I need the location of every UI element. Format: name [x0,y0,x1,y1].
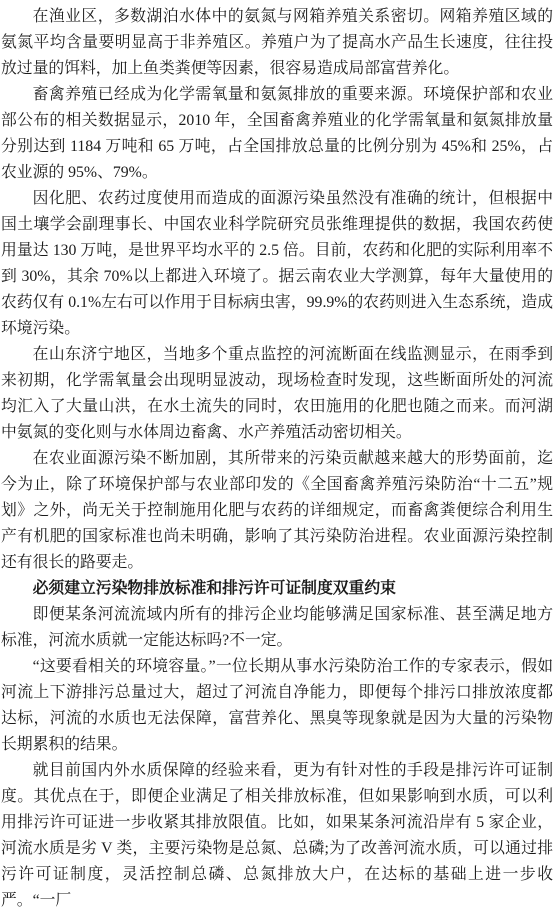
paragraph-jining-monitoring: 在山东济宁地区，当地多个重点监控的河流断面在线监测显示，在雨季到来初期，化学需氧… [1,342,553,446]
paragraph-standards-question: 即便某条河流流域内所有的排污企业均能够满足国家标准、甚至满足地方标准，河流水质就… [1,602,553,654]
paragraph-fertilizer-pesticide: 因化肥、农药过度使用而造成的面源污染虽然没有准确的统计，但根据中国土壤学会副理事… [1,186,553,342]
paragraph-environmental-capacity: “这要看相关的环境容量。”一位长期从事水污染防治工作的专家表示，假如河流上下游排… [1,654,553,758]
paragraph-fishery-ammonia: 在渔业区，多数湖泊水体中的氨氮与网箱养殖关系密切。网箱养殖区域的氨氮平均含量要明… [1,4,553,82]
document-page: 在渔业区，多数湖泊水体中的氨氮与网箱养殖关系密切。网箱养殖区域的氨氮平均含量要明… [0,0,554,909]
section-heading-dual-constraint: 必须建立污染物排放标准和排污许可证制度双重约束 [1,576,553,602]
paragraph-permit-system: 就目前国内外水质保障的经验来看，更为有针对性的手段是排污许可证制度。其优点在于，… [1,758,553,909]
paragraph-regulation-gap: 在农业面源污染不断加剧，其所带来的污染贡献越来越大的形势面前，迄今为止，除了环境… [1,446,553,576]
paragraph-livestock-emissions: 畜禽养殖已经成为化学需氧量和氨氮排放的重要来源。环境保护部和农业部公布的相关数据… [1,82,553,186]
